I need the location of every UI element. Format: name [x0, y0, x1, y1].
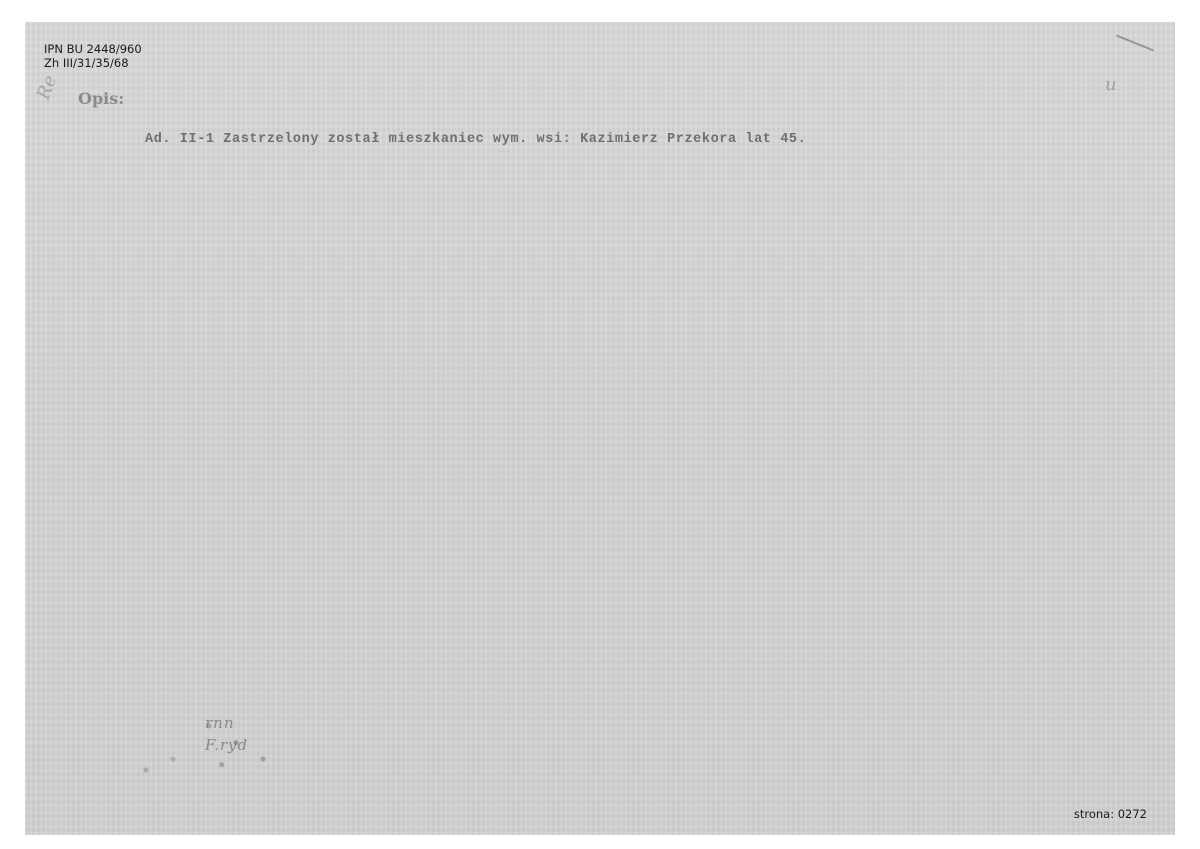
- archive-reference-line-1: IPN BU 2448/960: [44, 42, 142, 56]
- archive-reference-line-2: Zh III/31/35/68: [44, 56, 142, 70]
- faded-stamp: rnn F.ryd: [110, 682, 290, 792]
- handwritten-margin-mark: Re: [33, 73, 61, 103]
- section-label: Opis:: [78, 89, 124, 108]
- stamp-text-line-1: rnn: [205, 712, 248, 734]
- scanned-document-page: IPN BU 2448/960 Zh III/31/35/68 Re Opis:…: [25, 22, 1175, 835]
- pencil-stroke-mark: [1116, 35, 1154, 52]
- faded-stamp-text: rnn F.ryd: [205, 712, 248, 756]
- typed-body-text: Ad. II-1 Zastrzelony został mieszkaniec …: [145, 132, 806, 147]
- archive-reference: IPN BU 2448/960 Zh III/31/35/68: [44, 42, 142, 70]
- stamp-text-line-2: F.ryd: [205, 734, 248, 756]
- handwritten-corner-mark: u: [1105, 74, 1117, 95]
- page-number: strona: 0272: [1074, 807, 1147, 821]
